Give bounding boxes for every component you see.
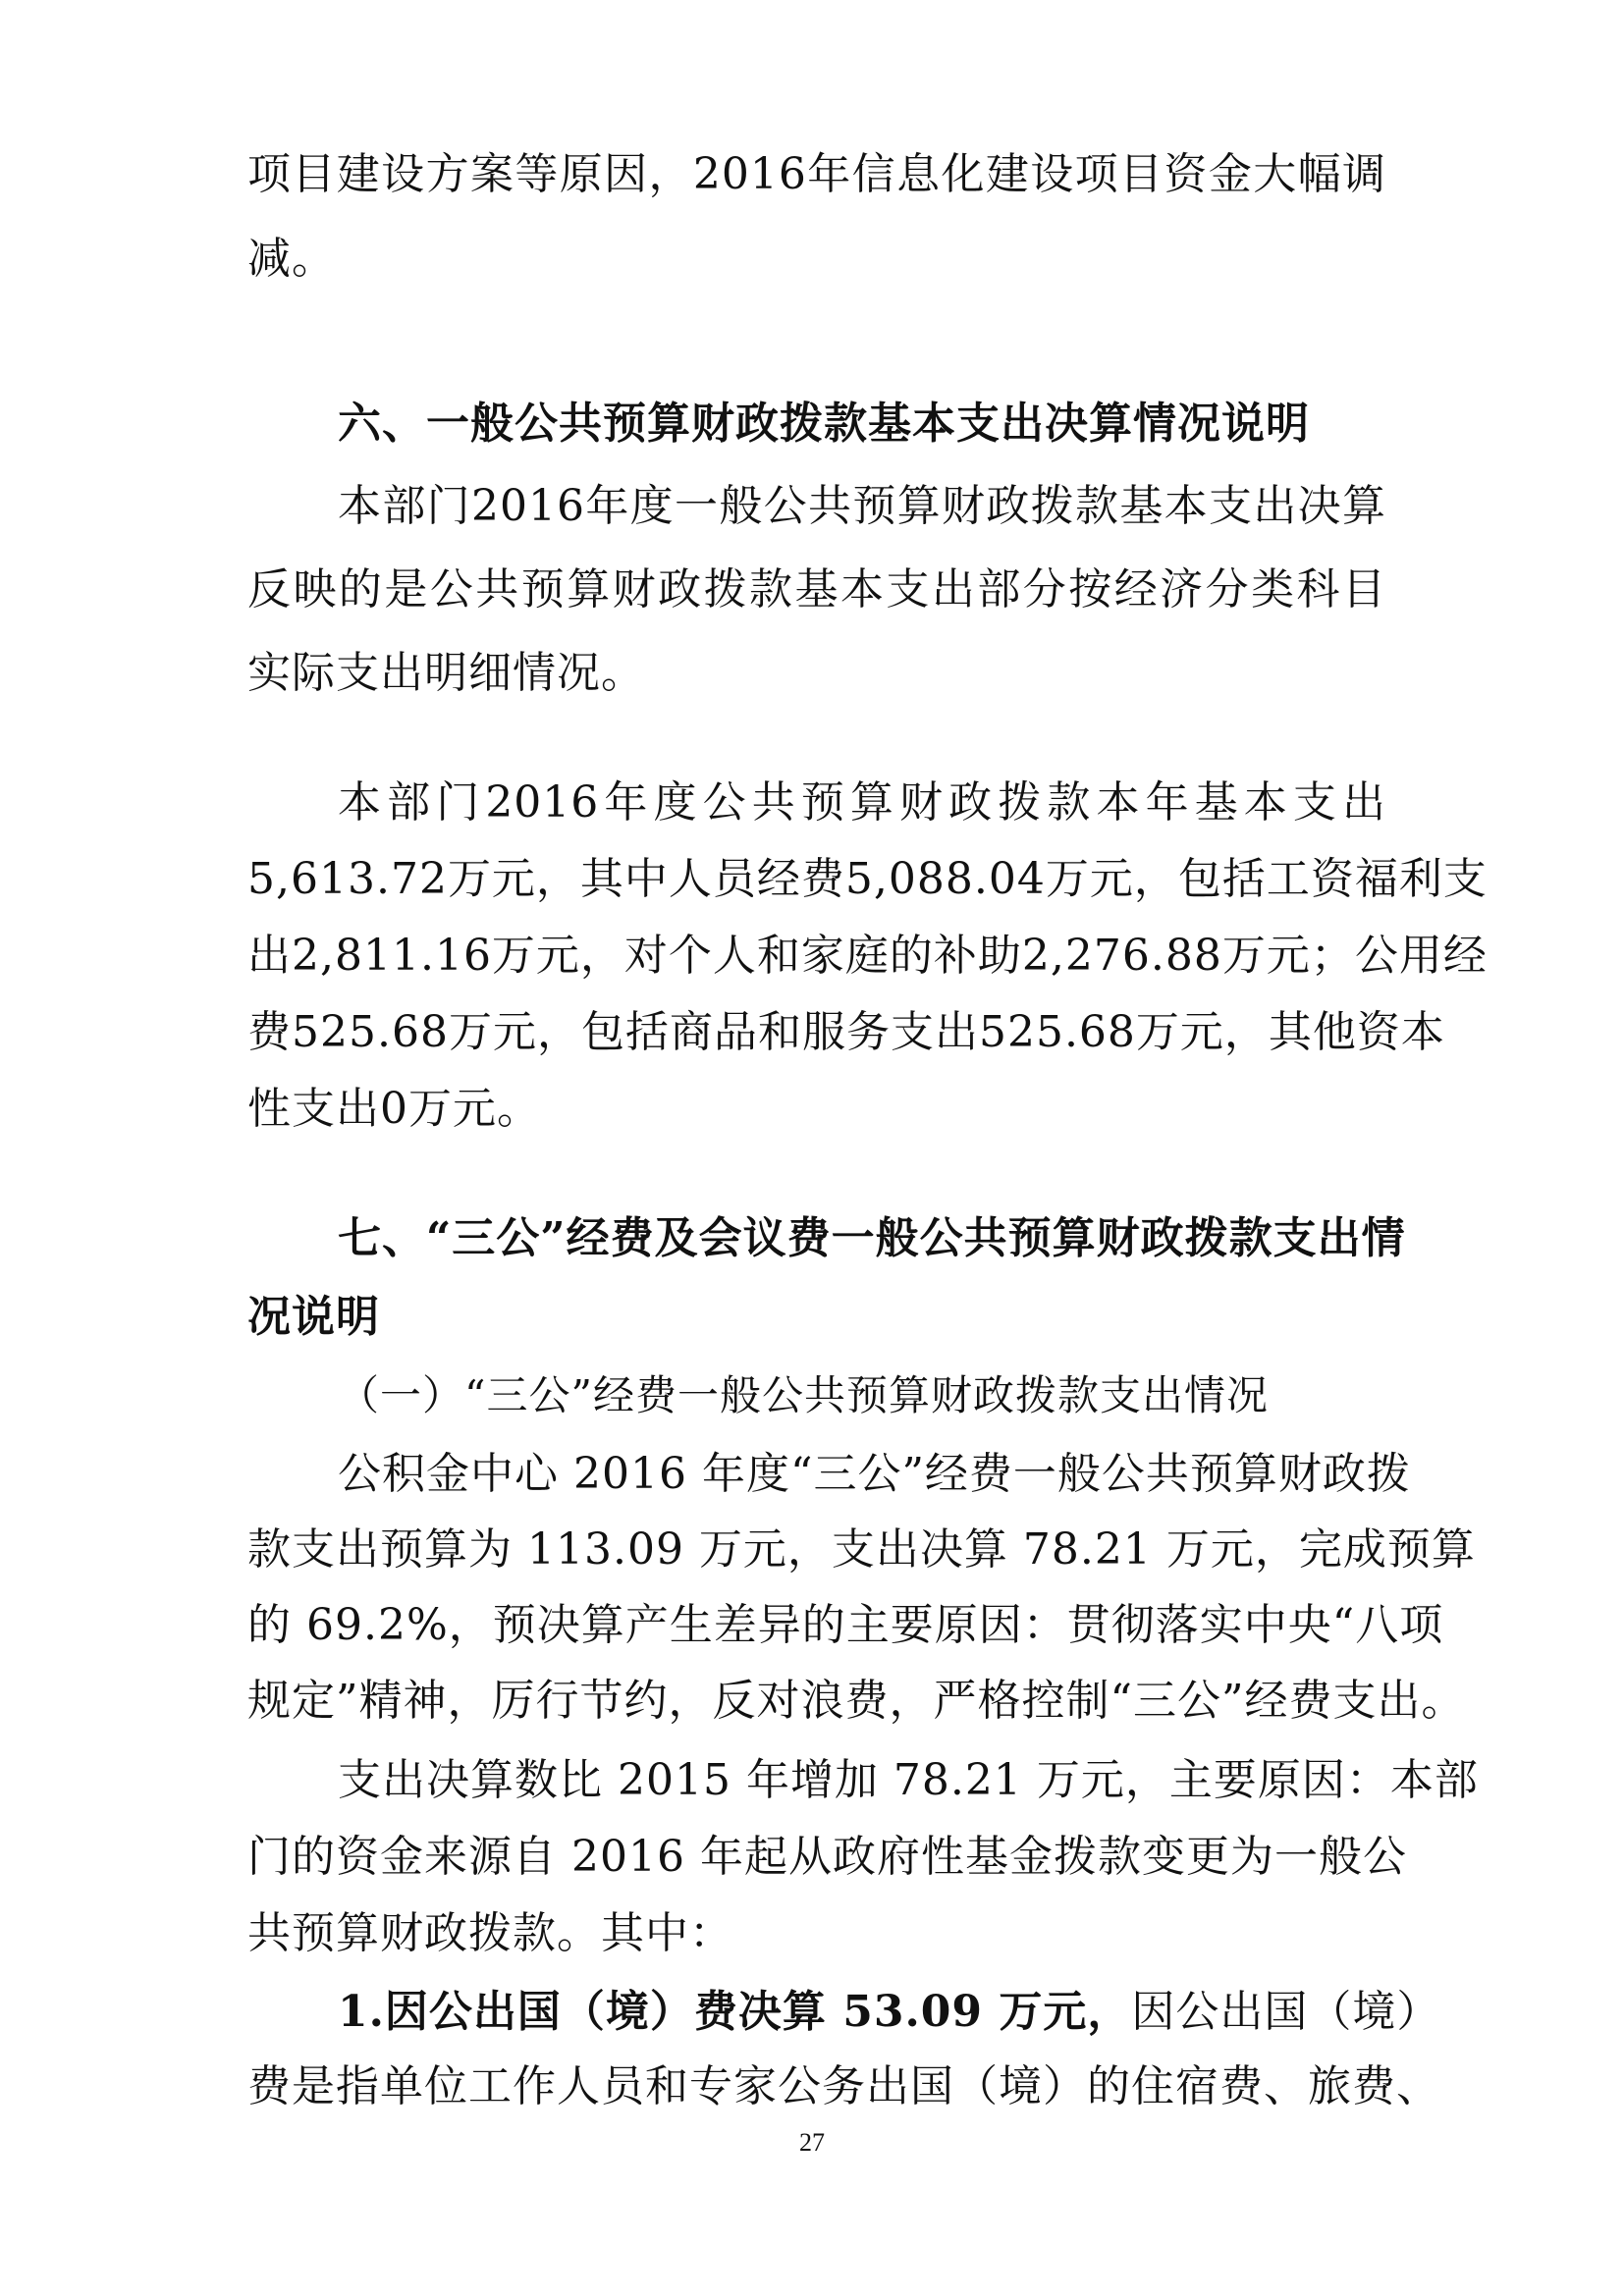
overseas-travel-lead: 1.因公出国（境）费决算 53.09 万元， [338,1987,1131,2037]
paragraph-line: 减。 [247,230,336,289]
paragraph-line: 性支出0万元。 [247,1080,541,1139]
paragraph-line: 支出决算数比 2015 年增加 78.21 万元，主要原因：本部 [338,1751,1386,1810]
page-number: 27 [0,2128,1624,2158]
paragraph-line: 本部门2016年度一般公共预算财政拨款基本支出决算 [338,477,1386,536]
section-heading-6: 六、一般公共预算财政拨款基本支出决算情况说明 [338,395,1310,454]
paragraph-line: 项目建设方案等原因，2016年信息化建设项目资金大幅调 [247,145,1386,204]
paragraph-line: 共预算财政拨款。其中： [247,1904,733,1963]
paragraph-line: 实际支出明细情况。 [247,644,645,703]
paragraph-line: 5,613.72万元，其中人员经费5,088.04万元，包括工资福利支 [247,850,1386,909]
paragraph-line: 本部门2016年度公共预算财政拨款本年基本支出 [338,774,1386,832]
paragraph-line: 公积金中心 2016 年度“三公”经费一般公共预算财政拨 [338,1445,1386,1504]
paragraph-line: 门的资金来源自 2016 年起从政府性基金拨款变更为一般公 [247,1828,1386,1887]
paragraph-line: 的 69.2%，预决算产生差异的主要原因：贯彻落实中央“八项 [247,1596,1386,1655]
paragraph-line: 费525.68万元，包括商品和服务支出525.68万元，其他资本 [247,1003,1386,1062]
section-heading-7: 七、“三公”经费及会议费一般公共预算财政拨款支出情 [338,1209,1386,1268]
paragraph-line: 费是指单位工作人员和专家公务出国（境）的住宿费、旅费、 [247,2057,1386,2116]
section-heading-7-cont: 况说明 [247,1288,380,1347]
paragraph-line: 规定”精神，厉行节约，反对浪费，严格控制“三公”经费支出。 [247,1672,1386,1731]
overseas-travel-text: 因公出国（境） [1131,1987,1440,2037]
subsection-heading-1: （一）“三公”经费一般公共预算财政拨款支出情况 [338,1366,1269,1425]
paragraph-line: 反映的是公共预算财政拨款基本支出部分按经济分类科目 [247,561,1386,619]
paragraph-line: 出2,811.16万元，对个人和家庭的补助2,276.88万元；公用经 [247,927,1386,986]
paragraph-line: 1.因公出国（境）费决算 53.09 万元，因公出国（境） [338,1983,1386,2042]
paragraph-line: 款支出预算为 113.09 万元，支出决算 78.21 万元，完成预算 [247,1521,1386,1579]
